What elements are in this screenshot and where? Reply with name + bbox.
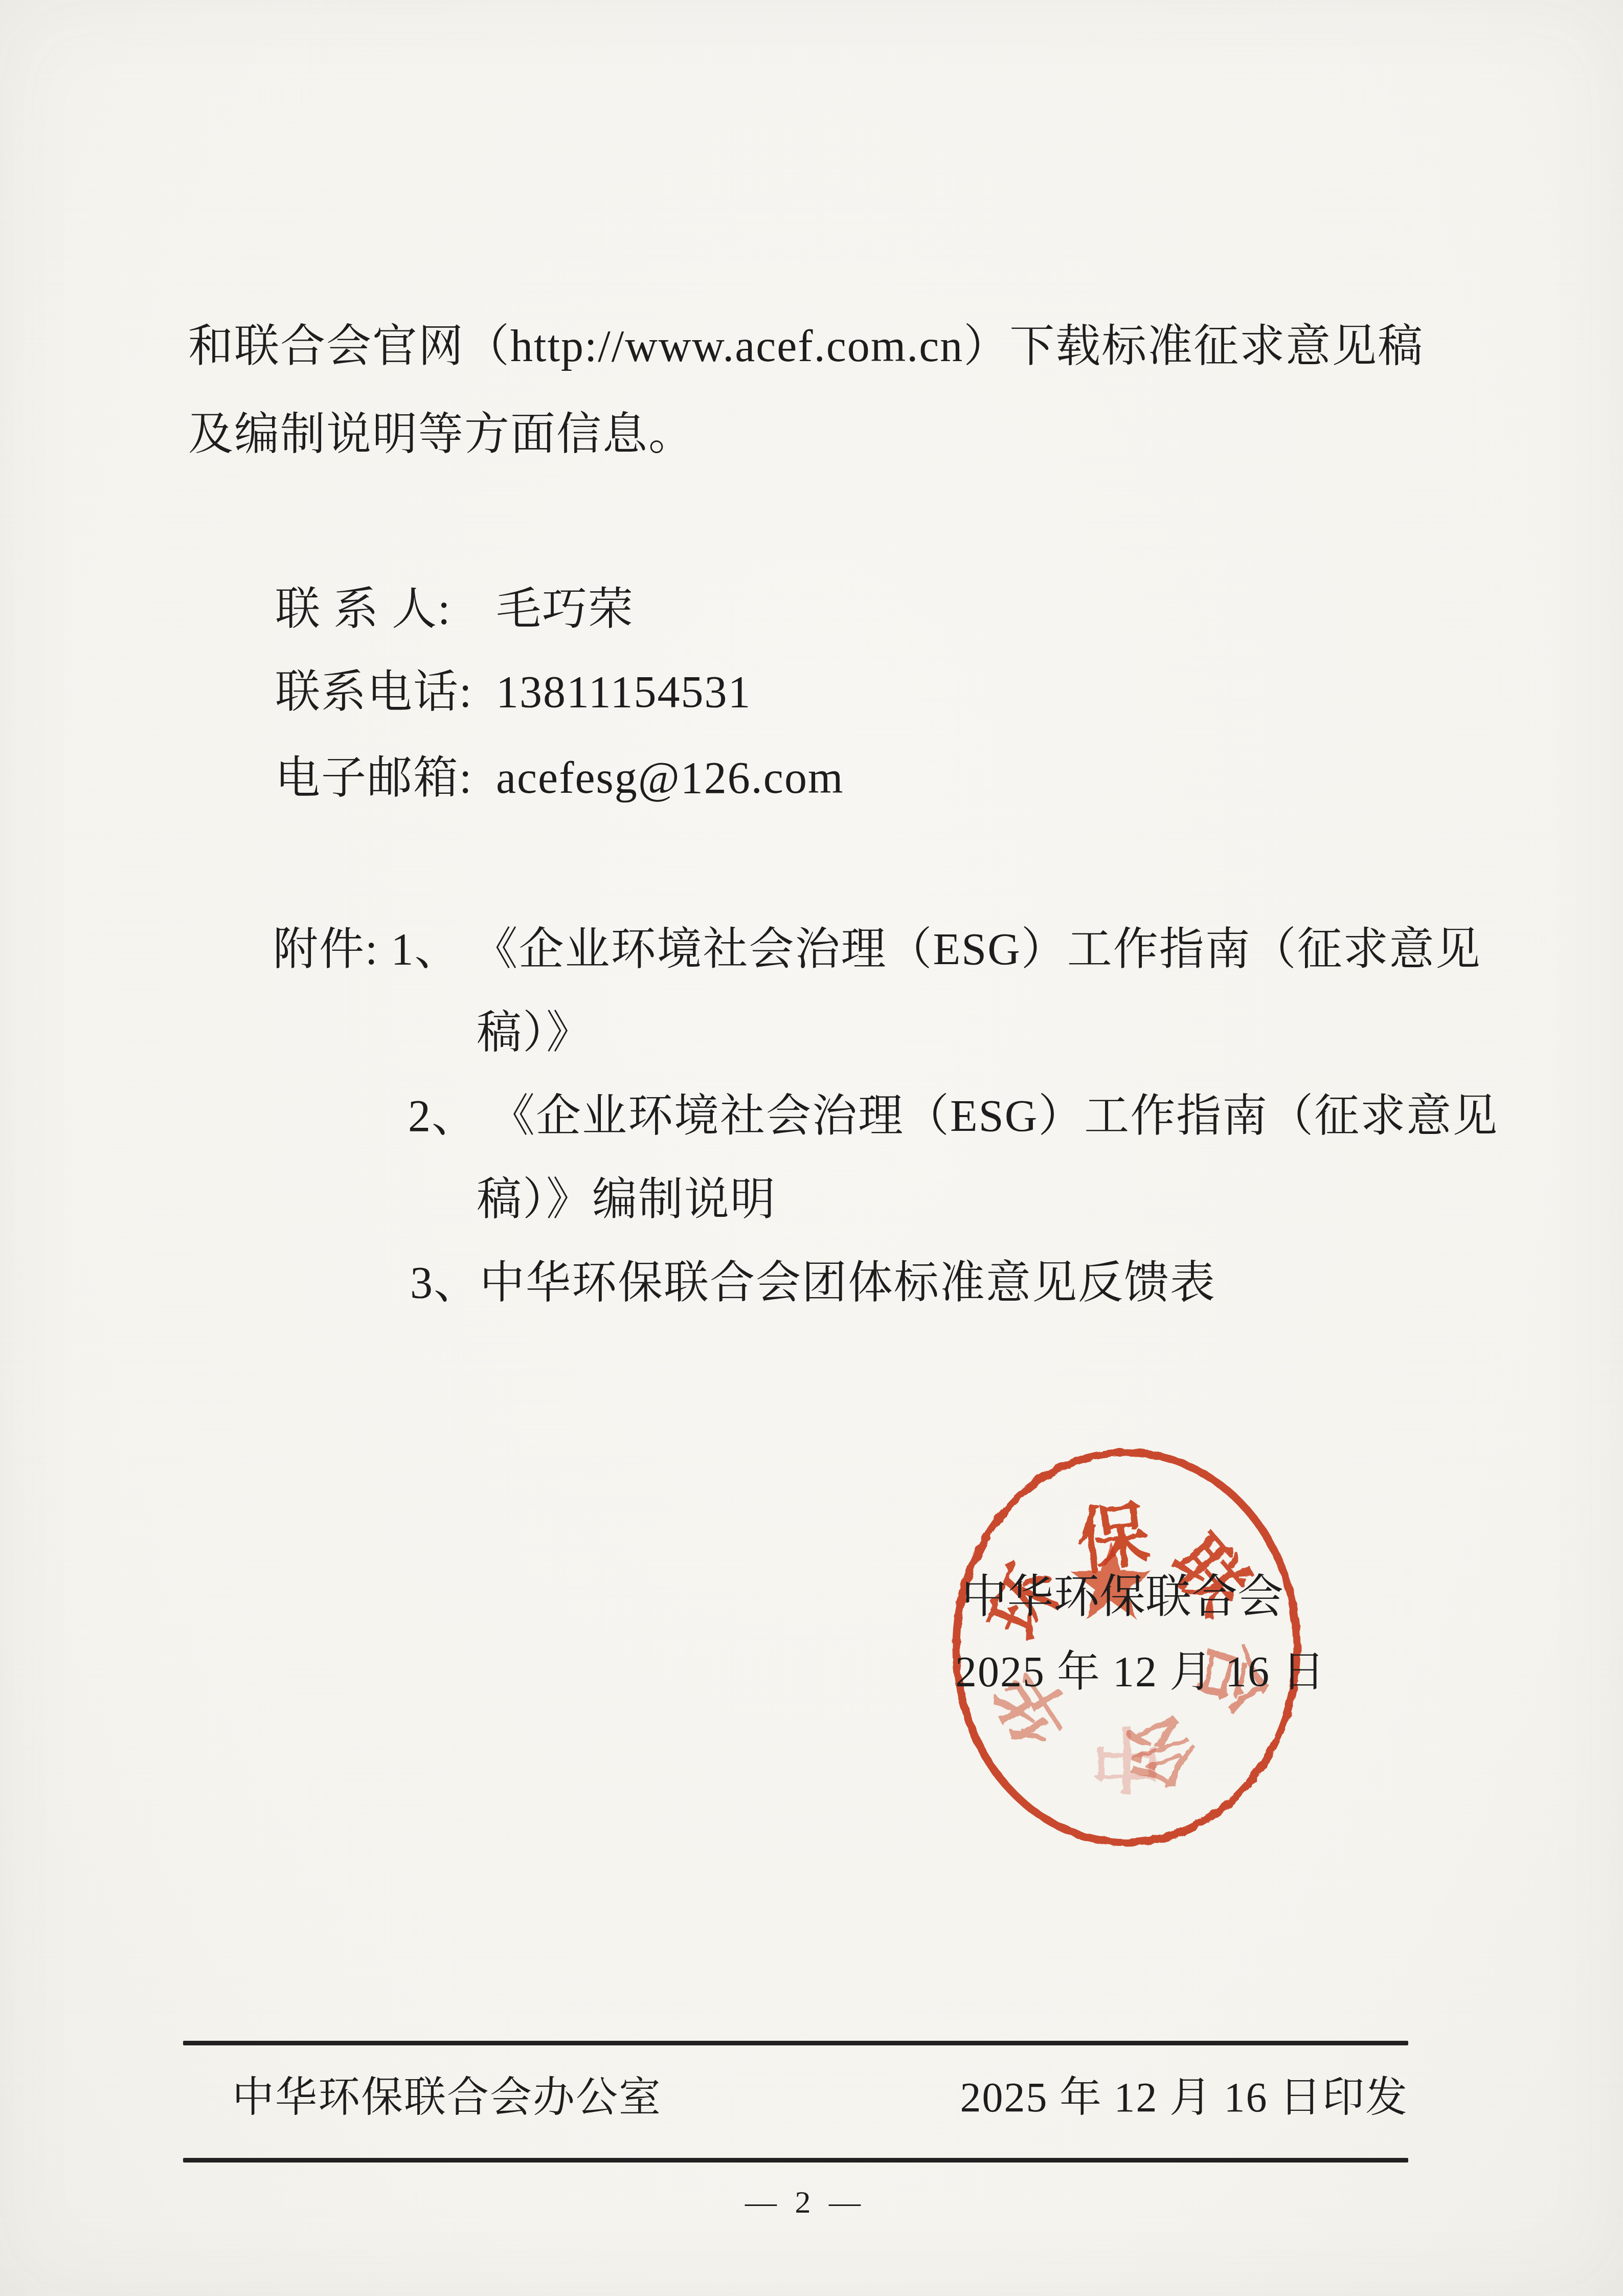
page-number: — 2 — bbox=[683, 2182, 928, 2223]
attachment-line-5: 3、中华环保联合会团体标准意见反馈表 bbox=[410, 1259, 1216, 1308]
contact-email-label: 电子邮箱: bbox=[275, 754, 496, 803]
contact-person-value: 毛巧荣 bbox=[496, 585, 634, 634]
attachment-line-2: 稿）》 bbox=[477, 1009, 592, 1058]
contact-person-label: 联 系 人: bbox=[275, 585, 496, 634]
footer-rule-bottom bbox=[183, 2158, 1408, 2163]
contact-email-value: acefesg@126.com bbox=[496, 754, 844, 803]
seal-arc-text: 中华环保联合会 bbox=[976, 1496, 1279, 1800]
body-paragraph-line-2: 及编制说明等方面信息。 bbox=[188, 410, 694, 459]
red-seal-stamp: 中华环保联合会 bbox=[942, 1448, 1311, 1847]
seal-arc-char: 保 bbox=[1073, 1496, 1154, 1583]
attachment-line-3: 2、 《企业环境社会治理（ESG）工作指南（征求意见 bbox=[408, 1092, 1498, 1141]
signature-date: 2025 年 12 月 16 日 bbox=[955, 1649, 1326, 1696]
attachment-line-4: 稿）》编制说明 bbox=[477, 1175, 776, 1224]
footer-office: 中华环保联合会办公室 bbox=[232, 2075, 662, 2121]
attachment-line-1: 附件: 1、 《企业环境社会治理（ESG）工作指南（征求意见 bbox=[273, 925, 1481, 974]
document-page: 和联合会官网（http://www.acef.com.cn）下载标准征求意见稿 … bbox=[0, 0, 1623, 2296]
contact-phone-label: 联系电话: bbox=[275, 668, 496, 717]
contact-email-row: 电子邮箱: acefesg@126.com bbox=[275, 754, 844, 803]
signature-org: 中华环保联合会 bbox=[961, 1572, 1283, 1622]
footer-print-date: 2025 年 12 月 16 日印发 bbox=[960, 2075, 1408, 2121]
contact-person-row: 联 系 人: 毛巧荣 bbox=[275, 585, 634, 634]
contact-phone-value: 13811154531 bbox=[496, 668, 751, 717]
footer-rule-top bbox=[183, 2041, 1408, 2045]
contact-phone-row: 联系电话: 13811154531 bbox=[275, 668, 751, 717]
body-paragraph-line-1: 和联合会官网（http://www.acef.com.cn）下载标准征求意见稿 bbox=[188, 322, 1424, 371]
